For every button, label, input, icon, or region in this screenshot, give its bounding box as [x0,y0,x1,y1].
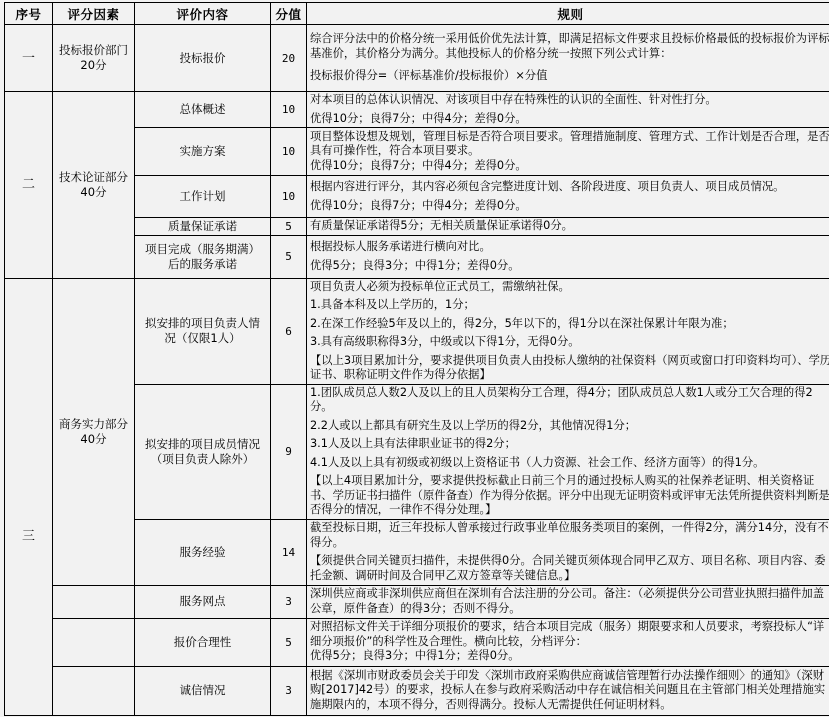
content-line: 项目完成（服务期满） [135,242,270,257]
rule-cell: 深圳供应商或非深圳供应商但在深圳有合法注册的分公司。备注：（必须提供分公司营业执… [307,585,829,618]
factor-name: 商务实力部分 [53,417,134,432]
score-cell: 14 [271,519,307,585]
header-content: 评价内容 [135,3,271,25]
rule-line: 项目负责人必须为投标单位正式员工，需缴纳社保。 [310,280,829,295]
table-header-row: 序号 评分因素 评价内容 分值 规则 [5,3,829,25]
content-cell: 拟安排的项目负责人情 况（仅限1人） [135,278,271,384]
rule-cell: 项目负责人必须为投标单位正式员工，需缴纳社保。 1.具备本科及以上学历的，1分；… [307,278,829,384]
factor-cell: 商务实力部分 40分 [53,278,135,585]
rule-line: 根据投标人服务承诺进行横向对比。 [310,240,829,255]
header-seq: 序号 [5,3,53,25]
header-score: 分值 [271,3,307,25]
rule-line: 综合评分法中的价格分统一采用低价优先法计算，即满足招标文件要求且投标价格最低的投… [310,32,829,61]
rule-line: 截至投标日期，近三年投标人曾承接过行政事业单位服务类项目的案例，一件得2分，满分… [310,521,829,550]
rule-line: 【以上4项目累加计分，要求提供投标截止日前三个月的通过投标人购买的社保养老证明、… [310,474,829,518]
rule-line: 【以上3项目累加计分，要求提供项目负责人由投标人缴纳的社保资料（网页或窗口打印资… [310,354,829,383]
seq-label: 二 [22,177,35,192]
factor-cell-empty [53,618,135,666]
rule-line: 优得10分；良得7分；中得4分；差得0分。 [310,112,829,127]
rule-line: 优得5分；良得3分；中得1分；差得0分。 [310,259,829,274]
seq-label: 一 [22,51,35,66]
content-cell: 诚信情况 [135,666,271,715]
content-cell: 投标报价 [135,25,271,92]
score-cell: 10 [271,128,307,176]
factor-points: 40分 [53,432,134,447]
seq-cell: 三 [5,278,53,715]
table-row: 一 投标报价部门 20分 投标报价 20 综合评分法中的价格分统一采用低价优先法… [5,25,829,92]
rule-line: 2.在深工作经验5年及以上的，得2分，5年以下的，得1分以在深社保累计年限为准； [310,317,829,332]
rule-line: 1.具备本科及以上学历的，1分； [310,298,829,313]
factor-name: 技术论证部分 [53,170,134,185]
content-line: 况（仅限1人） [135,331,270,346]
seq-cell: 二 [5,92,53,279]
score-cell: 3 [271,666,307,715]
rule-line: 2.2人或以上都具有研究生及以上学历的得2分，其他情况得1分； [310,419,829,434]
factor-points: 40分 [53,185,134,200]
rule-line: 3.具有高级职称得3分，中级或以下得1分，无得0分。 [310,335,829,350]
factor-cell: 技术论证部分 40分 [53,92,135,279]
seq-cell: 一 [5,25,53,92]
factor-points: 20分 [53,58,134,73]
factor-name: 投标报价部门 [53,43,134,58]
score-cell: 10 [271,92,307,128]
rule-cell: 根据《深圳市财政委员会关于印发〈深圳市政府采购供应商诚信管理暂行办法操作细则〉的… [307,666,829,715]
scoring-criteria-table: 序号 评分因素 评价内容 分值 规则 一 投标报价部门 20分 投标报价 20 … [4,2,829,716]
content-cell: 项目完成（服务期满） 后的服务承诺 [135,235,271,278]
rule-line: 对本项目的总体认识情况、对该项目中存在特殊性的认识的全面性、针对性打分。 [310,93,829,108]
rule-line: 3.1人及以上具有法律职业证书的得2分； [310,437,829,452]
content-cell: 实施方案 [135,128,271,176]
rule-line: 优得5分；良得3分；中得1分；差得0分。 [310,649,829,664]
table-row: 三 商务实力部分 40分 拟安排的项目负责人情 况（仅限1人） 6 项目负责人必… [5,278,829,384]
score-cell: 6 [271,278,307,384]
factor-cell-empty [53,585,135,618]
rule-line: 投标报价得分=（评标基准价/投标报价）×分值 [310,69,829,84]
score-cell: 9 [271,384,307,519]
rule-cell: 综合评分法中的价格分统一采用低价优先法计算，即满足招标文件要求且投标价格最低的投… [307,25,829,92]
score-cell: 20 [271,25,307,92]
rule-cell: 根据投标人服务承诺进行横向对比。 优得5分；良得3分；中得1分；差得0分。 [307,235,829,278]
rule-cell: 有质量保证承诺得5分；无相关质量保证承诺得0分。 [307,218,829,236]
table-row: 二 技术论证部分 40分 总体概述 10 对本项目的总体认识情况、对该项目中存在… [5,92,829,128]
score-cell: 5 [271,218,307,236]
table-row: 报价合理性 5 对照招标文件关于详细分项报价的要求，结合本项目完成（服务）期限要… [5,618,829,666]
rule-line: 项目整体设想及规划，管理目标是否符合项目要求。管理措施制度、管理方式、工作计划是… [310,130,829,159]
rule-line: 4.1人及以上具有初级或初级以上资格证书（人力资源、社会工作、经济方面等）的得1… [310,456,829,471]
factor-cell: 投标报价部门 20分 [53,25,135,92]
content-cell: 服务网点 [135,585,271,618]
rule-line: 对照招标文件关于详细分项报价的要求，结合本项目完成（服务）期限要求和人员要求，考… [310,620,829,649]
rule-line: 根据内容进行评分，其内容必须包含完整进度计划、各阶段进度、项目负责人、项目成员情… [310,180,829,195]
score-cell: 10 [271,176,307,218]
header-rule: 规则 [307,3,829,25]
score-cell: 3 [271,585,307,618]
rule-cell: 根据内容进行评分，其内容必须包含完整进度计划、各阶段进度、项目负责人、项目成员情… [307,176,829,218]
table-row: 诚信情况 3 根据《深圳市财政委员会关于印发〈深圳市政府采购供应商诚信管理暂行办… [5,666,829,715]
header-factor: 评分因素 [53,3,135,25]
factor-cell-empty [53,666,135,715]
rule-cell: 对本项目的总体认识情况、对该项目中存在特殊性的认识的全面性、针对性打分。 优得1… [307,92,829,128]
content-cell: 质量保证承诺 [135,218,271,236]
content-line: 拟安排的项目成员情况 [135,437,270,452]
content-line: 拟安排的项目负责人情 [135,316,270,331]
table-row: 服务网点 3 深圳供应商或非深圳供应商但在深圳有合法注册的分公司。备注：（必须提… [5,585,829,618]
rule-line: 有质量保证承诺得5分；无相关质量保证承诺得0分。 [310,219,829,234]
seq-label: 三 [22,529,35,544]
content-cell: 工作计划 [135,176,271,218]
rule-cell: 项目整体设想及规划，管理目标是否符合项目要求。管理措施制度、管理方式、工作计划是… [307,128,829,176]
score-cell: 5 [271,235,307,278]
rule-line: 优得10分；良得7分；中得4分；差得0分。 [310,199,829,214]
content-cell: 总体概述 [135,92,271,128]
rule-line: 根据《深圳市财政委员会关于印发〈深圳市政府采购供应商诚信管理暂行办法操作细则〉的… [310,669,829,713]
rule-line: 【须提供合同关键页扫描件，未提供得0分。合同关键页须体现合同甲乙双方、项目名称、… [310,554,829,583]
rule-cell: 1.团队成员总人数2人及以上的且人员架构分工合理，得4分；团队成员总人数1人或分… [307,384,829,519]
score-cell: 5 [271,618,307,666]
rule-line: 1.团队成员总人数2人及以上的且人员架构分工合理，得4分；团队成员总人数1人或分… [310,386,829,415]
content-cell: 报价合理性 [135,618,271,666]
rule-line: 深圳供应商或非深圳供应商但在深圳有合法注册的分公司。备注：（必须提供分公司营业执… [310,587,829,616]
content-cell: 拟安排的项目成员情况 （项目负责人除外） [135,384,271,519]
content-cell: 服务经验 [135,519,271,585]
content-line: 后的服务承诺 [135,257,270,272]
content-line: （项目负责人除外） [135,452,270,467]
rule-cell: 截至投标日期，近三年投标人曾承接过行政事业单位服务类项目的案例，一件得2分，满分… [307,519,829,585]
rule-cell: 对照招标文件关于详细分项报价的要求，结合本项目完成（服务）期限要求和人员要求，考… [307,618,829,666]
rule-line: 优得10分；良得7分；中得4分；差得0分。 [310,159,829,174]
